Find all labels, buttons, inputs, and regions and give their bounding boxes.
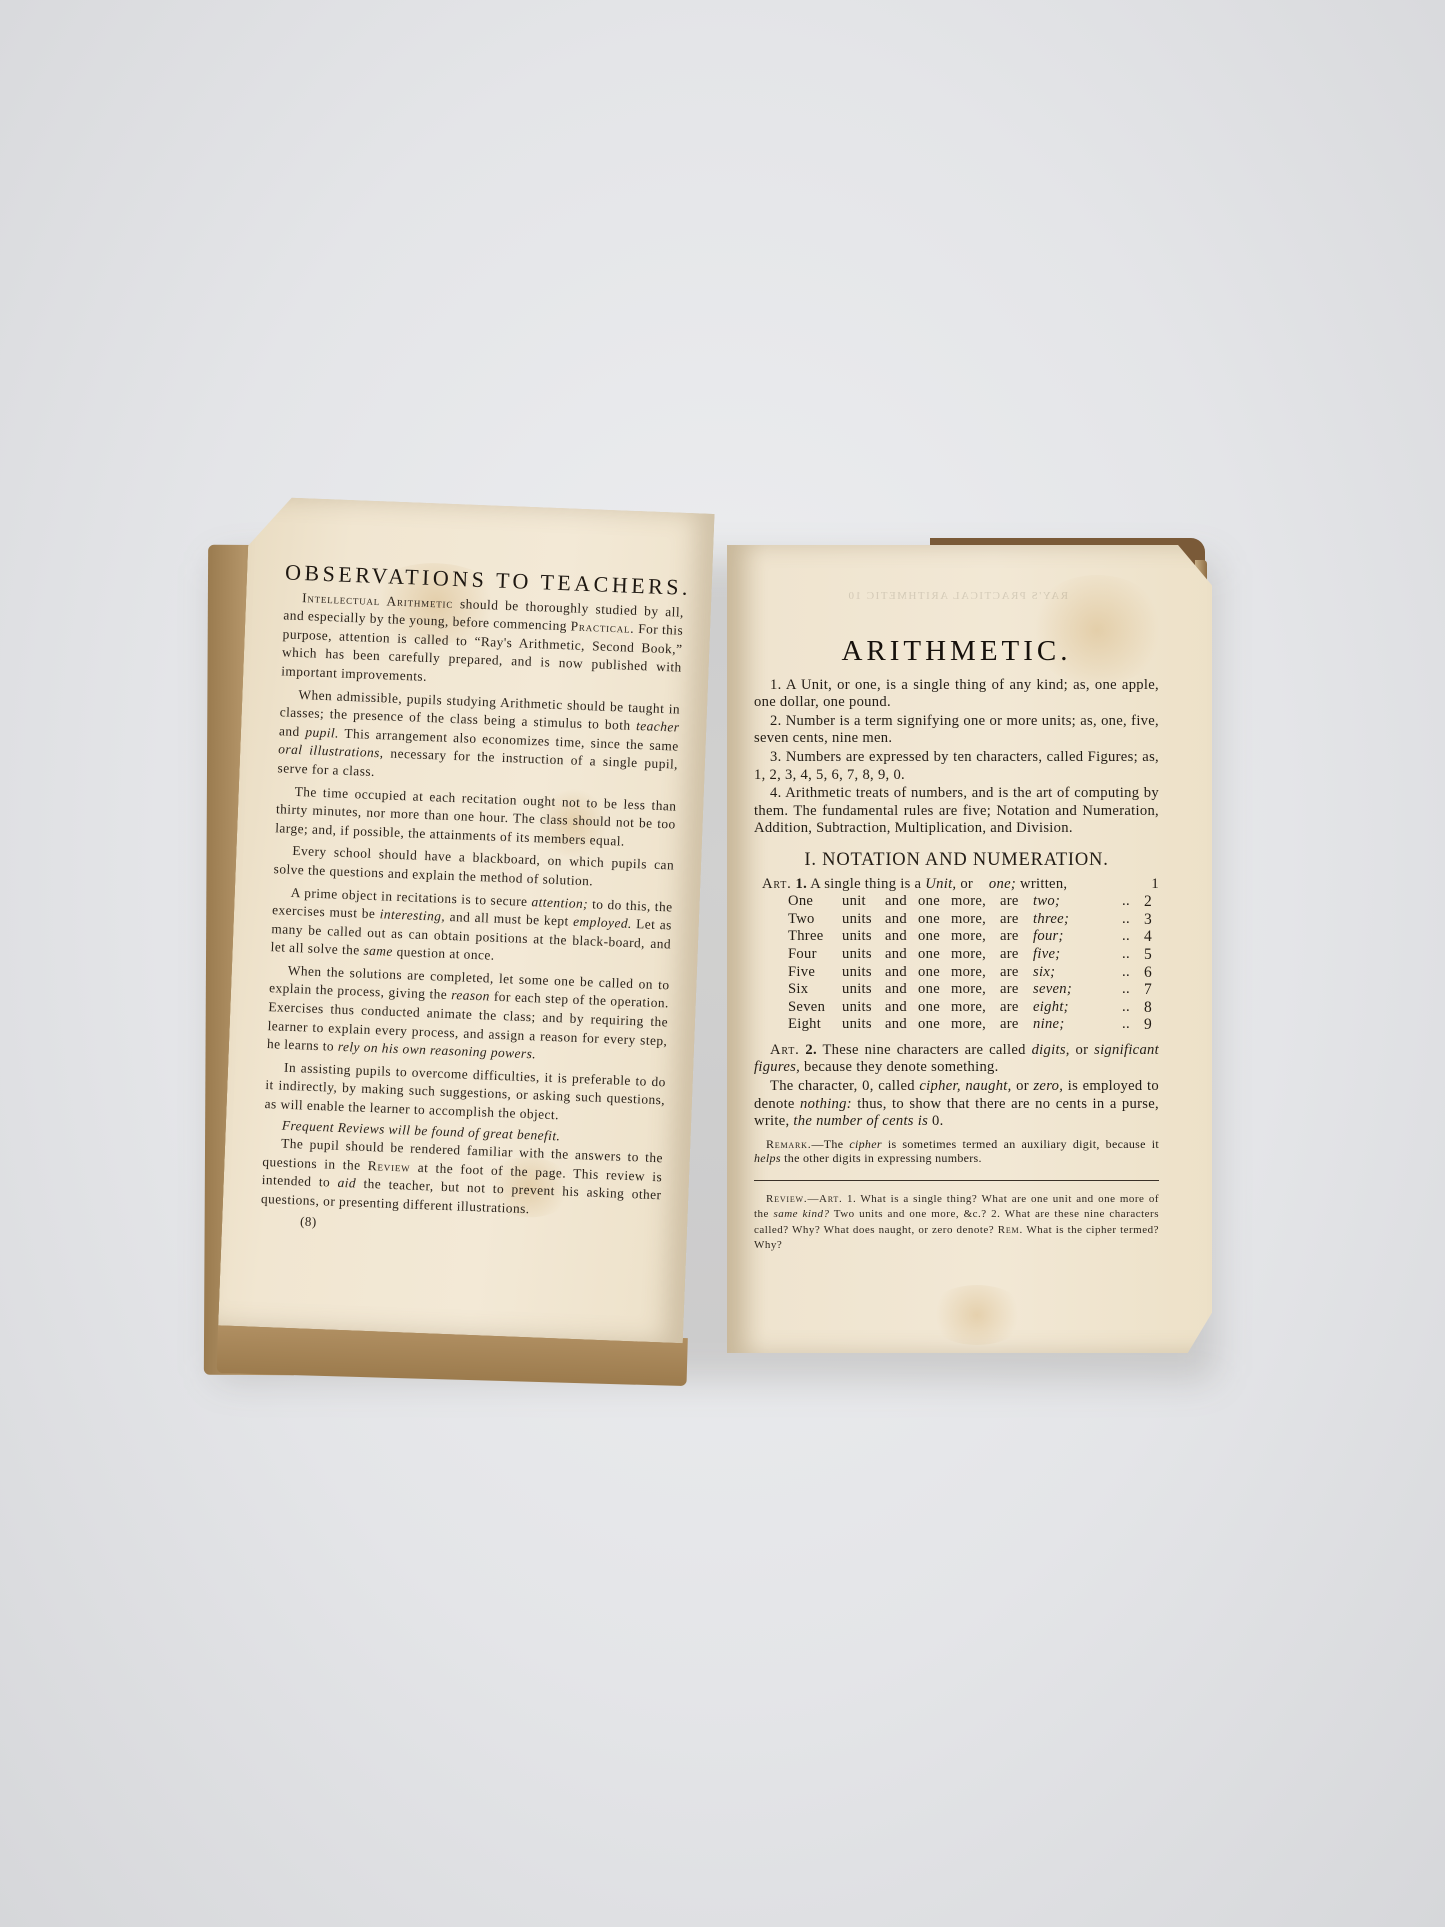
review-questions: Review.—Art. 1. What is a single thing? … bbox=[754, 1192, 1159, 1254]
noun: units bbox=[842, 964, 885, 982]
one-word: one bbox=[918, 964, 951, 982]
count-word: Three bbox=[762, 928, 842, 946]
number-word: two; bbox=[1033, 893, 1111, 911]
text: the other digits in expressing numbers. bbox=[781, 1151, 982, 1165]
article-2-paragraph: Art. 2. These nine characters are called… bbox=[754, 1042, 1159, 1077]
article-number: 2. bbox=[805, 1042, 817, 1058]
bleed-through-header: RAY'S PRACTICAL ARITHMETIC 10 bbox=[847, 590, 1068, 602]
noun: unit bbox=[842, 893, 885, 911]
noun: units bbox=[842, 981, 885, 999]
are-word: are bbox=[1000, 946, 1033, 964]
small-caps-text: Intellectual Arithmetic bbox=[302, 590, 454, 611]
noun: units bbox=[842, 999, 885, 1017]
table-row: Three units and one more, are four; .. 4 bbox=[762, 928, 1152, 946]
figure: 3 bbox=[1141, 911, 1152, 929]
text: 0. bbox=[928, 1113, 944, 1129]
paragraph: The pupil should be rendered familiar wi… bbox=[261, 1134, 664, 1224]
text: because they denote something. bbox=[800, 1059, 999, 1075]
paragraph: Intellectual Arithmetic should be thorou… bbox=[281, 588, 684, 696]
are-word: are bbox=[1000, 928, 1033, 946]
figure: 2 bbox=[1141, 893, 1152, 911]
italic-text: pupil. bbox=[305, 724, 339, 740]
figure: 5 bbox=[1141, 946, 1152, 964]
italic-text: employed. bbox=[573, 914, 632, 931]
are-word: are bbox=[1000, 964, 1033, 982]
italic-text: digits, bbox=[1032, 1042, 1070, 1058]
article-label: Art. bbox=[770, 1042, 800, 1058]
more-word: more, bbox=[951, 1016, 1000, 1034]
article-label: Art. bbox=[762, 876, 792, 892]
are-word: are bbox=[1000, 999, 1033, 1017]
number-word: nine; bbox=[1033, 1016, 1111, 1034]
and-word: and bbox=[885, 999, 918, 1017]
small-caps-text: Practical. bbox=[570, 619, 634, 636]
and-word: and bbox=[885, 964, 918, 982]
italic-text: one; bbox=[989, 876, 1016, 892]
text: or bbox=[1012, 1078, 1034, 1094]
one-word: one bbox=[918, 1016, 951, 1034]
italic-text: teacher bbox=[636, 718, 680, 735]
text: is sometimes termed an auxiliary digit, … bbox=[882, 1137, 1159, 1151]
ditto-mark: .. bbox=[1111, 964, 1141, 982]
noun: units bbox=[842, 911, 885, 929]
count-word: Two bbox=[762, 911, 842, 929]
text: and bbox=[279, 723, 306, 739]
ditto-mark: .. bbox=[1111, 911, 1141, 929]
italic-text: interesting, bbox=[379, 906, 445, 924]
italic-text: rely on his own reasoning powers. bbox=[338, 1039, 537, 1062]
more-word: more, bbox=[951, 946, 1000, 964]
figure: 6 bbox=[1141, 964, 1152, 982]
one-word: one bbox=[918, 911, 951, 929]
text: These nine characters are called bbox=[817, 1042, 1032, 1058]
table-row: Six units and one more, are seven; .. 7 bbox=[762, 981, 1152, 999]
italic-text: helps bbox=[754, 1151, 781, 1165]
text: or bbox=[956, 876, 977, 892]
left-page: OBSERVATIONS TO TEACHERS. Intellectual A… bbox=[218, 496, 715, 1343]
text: or bbox=[1070, 1042, 1094, 1058]
ditto-mark: .. bbox=[1111, 928, 1141, 946]
number-word: seven; bbox=[1033, 981, 1111, 999]
text: The character, 0, called bbox=[770, 1078, 919, 1094]
ditto-mark: .. bbox=[1111, 999, 1141, 1017]
and-word: and bbox=[885, 928, 918, 946]
are-word: are bbox=[1000, 981, 1033, 999]
and-word: and bbox=[885, 946, 918, 964]
paragraph: 4. Arithmetic treats of numbers, and is … bbox=[754, 785, 1159, 838]
remark-label: Remark. bbox=[766, 1137, 812, 1151]
one-word: one bbox=[918, 893, 951, 911]
count-word: Six bbox=[762, 981, 842, 999]
and-word: and bbox=[885, 1016, 918, 1034]
one-word: one bbox=[918, 928, 951, 946]
more-word: more, bbox=[951, 911, 1000, 929]
article-number: 1. bbox=[796, 876, 808, 892]
table-row: Seven units and one more, are eight; .. … bbox=[762, 999, 1152, 1017]
and-word: and bbox=[885, 893, 918, 911]
figure: 8 bbox=[1141, 999, 1152, 1017]
table-row: One unit and one more, are two; .. 2 bbox=[762, 893, 1152, 911]
review-label: Review. bbox=[766, 1193, 807, 1205]
table-row: Five units and one more, are six; .. 6 bbox=[762, 964, 1152, 982]
text: —The bbox=[812, 1137, 850, 1151]
noun: units bbox=[842, 946, 885, 964]
italic-text: same kind? bbox=[773, 1208, 829, 1220]
footnote-divider bbox=[754, 1180, 1159, 1181]
number-word: four; bbox=[1033, 928, 1111, 946]
number-word: eight; bbox=[1033, 999, 1111, 1017]
table-row: Four units and one more, are five; .. 5 bbox=[762, 946, 1152, 964]
table-row: Eight units and one more, are nine; .. 9 bbox=[762, 1016, 1152, 1034]
italic-text: the number of cents is bbox=[793, 1113, 928, 1129]
italic-text: aid bbox=[337, 1175, 356, 1191]
article-1-line: Art. 1. A single thing is a Unit, or one… bbox=[754, 876, 1159, 894]
count-word: One bbox=[762, 893, 842, 911]
figure: 7 bbox=[1141, 981, 1152, 999]
text: — bbox=[807, 1193, 819, 1205]
numeration-table: One unit and one more, are two; .. 2 Two… bbox=[762, 893, 1152, 1034]
text: written, bbox=[1016, 876, 1067, 892]
more-word: more, bbox=[951, 964, 1000, 982]
ditto-mark: .. bbox=[1111, 1016, 1141, 1034]
remark-note: Remark.—The cipher is sometimes termed a… bbox=[754, 1137, 1159, 1166]
italic-text: zero, bbox=[1033, 1078, 1063, 1094]
are-word: are bbox=[1000, 911, 1033, 929]
ditto-mark: .. bbox=[1111, 946, 1141, 964]
count-word: Four bbox=[762, 946, 842, 964]
number-word: three; bbox=[1033, 911, 1111, 929]
right-page: RAY'S PRACTICAL ARITHMETIC 10 ARITHMETIC… bbox=[727, 545, 1212, 1353]
italic-text: attention; bbox=[531, 894, 588, 911]
more-word: more, bbox=[951, 981, 1000, 999]
figure: 9 bbox=[1141, 1016, 1152, 1034]
and-word: and bbox=[885, 911, 918, 929]
remark-label: Rem. bbox=[998, 1224, 1023, 1236]
paragraph: When admissible, pupils studying Arithme… bbox=[277, 685, 680, 793]
number-word: five; bbox=[1033, 946, 1111, 964]
text: question at once. bbox=[393, 944, 495, 963]
number-word: six; bbox=[1033, 964, 1111, 982]
ditto-mark: .. bbox=[1111, 893, 1141, 911]
paragraph: 3. Numbers are expressed by ten characte… bbox=[754, 749, 1159, 784]
italic-text: same bbox=[363, 943, 393, 959]
are-word: are bbox=[1000, 1016, 1033, 1034]
italic-text: cipher bbox=[849, 1137, 881, 1151]
right-page-title: ARITHMETIC. bbox=[754, 643, 1159, 661]
italic-text: Unit, bbox=[925, 876, 956, 892]
text: A single thing is a bbox=[807, 876, 925, 892]
paragraph: When the solutions are completed, let so… bbox=[267, 961, 670, 1069]
paragraph: A prime object in recitations is to secu… bbox=[270, 883, 673, 973]
figure-value: 1 bbox=[1151, 876, 1159, 894]
italic-text: reason bbox=[451, 988, 490, 1004]
and-word: and bbox=[885, 981, 918, 999]
cipher-paragraph: The character, 0, called cipher, naught,… bbox=[754, 1078, 1159, 1131]
noun: units bbox=[842, 928, 885, 946]
table-row: Two units and one more, are three; .. 3 bbox=[762, 911, 1152, 929]
paragraph: 1. A Unit, or one, is a single thing of … bbox=[754, 677, 1159, 712]
count-word: Eight bbox=[762, 1016, 842, 1034]
one-word: one bbox=[918, 981, 951, 999]
italic-text: oral illustrations, bbox=[278, 742, 384, 761]
section-heading: I. NOTATION AND NUMERATION. bbox=[754, 852, 1159, 870]
article-label: Art. bbox=[819, 1193, 843, 1205]
paper-stain bbox=[927, 1285, 1027, 1345]
italic-text: nothing: bbox=[800, 1096, 852, 1112]
count-word: Seven bbox=[762, 999, 842, 1017]
count-word: Five bbox=[762, 964, 842, 982]
one-word: one bbox=[918, 999, 951, 1017]
are-word: are bbox=[1000, 893, 1033, 911]
right-page-text: ARITHMETIC. 1. A Unit, or one, is a sing… bbox=[754, 643, 1159, 1265]
one-word: one bbox=[918, 946, 951, 964]
paragraph: The time occupied at each recitation oug… bbox=[275, 782, 677, 853]
noun: units bbox=[842, 1016, 885, 1034]
small-caps-text: Review bbox=[368, 1158, 411, 1175]
paragraph: 2. Number is a term signifying one or mo… bbox=[754, 713, 1159, 748]
more-word: more, bbox=[951, 999, 1000, 1017]
ditto-mark: .. bbox=[1111, 981, 1141, 999]
more-word: more, bbox=[951, 928, 1000, 946]
more-word: more, bbox=[951, 893, 1000, 911]
left-page-text: OBSERVATIONS TO TEACHERS. Intellectual A… bbox=[260, 563, 685, 1244]
figure: 4 bbox=[1141, 928, 1152, 946]
text: and all must be kept bbox=[445, 909, 573, 929]
italic-text: cipher, naught, bbox=[919, 1078, 1011, 1094]
